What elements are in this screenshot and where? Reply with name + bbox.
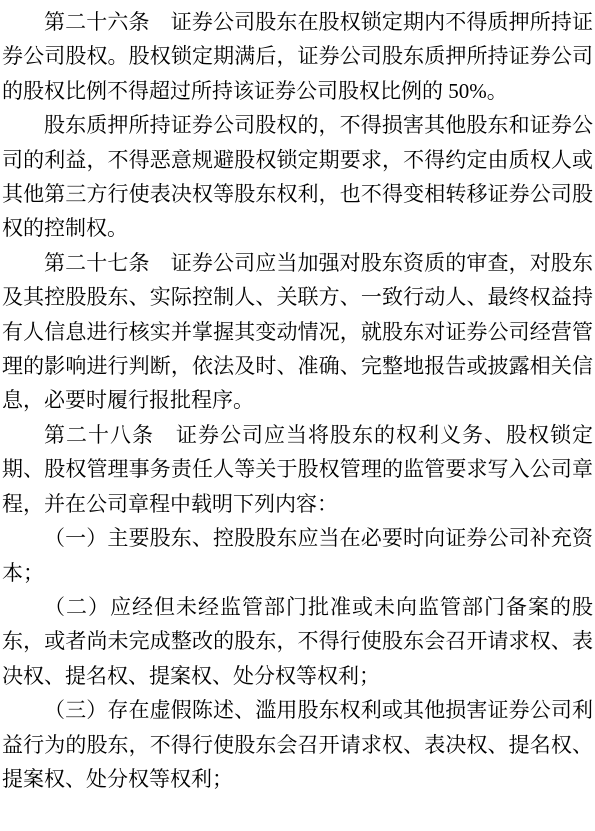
article-26-paragraph-2: 股东质押所持证券公司股权的，不得损害其他股东和证券公司的利益，不得恶意规避股权锁…: [2, 108, 593, 246]
article-28-paragraph: 第二十八条 证券公司应当将股东的权利义务、股权锁定期、股权管理事务责任人等关于股…: [2, 418, 593, 521]
article-26-paragraph-1: 第二十六条 证券公司股东在股权锁定期内不得质押所持证券公司股权。股权锁定期满后，…: [2, 5, 593, 108]
document-page: 第二十六条 证券公司股东在股权锁定期内不得质押所持证券公司股权。股权锁定期满后，…: [0, 0, 595, 831]
article-27-paragraph: 第二十七条 证券公司应当加强对股东资质的审查，对股东及其控股股东、实际控制人、关…: [2, 246, 593, 418]
article-28-item-2: （二）应经但未经监管部门批准或未向监管部门备案的股东，或者尚未完成整改的股东，不…: [2, 590, 593, 693]
article-28-item-3: （三）存在虚假陈述、滥用股东权利或其他损害证券公司利益行为的股东，不得行使股东会…: [2, 693, 593, 796]
article-28-item-1: （一）主要股东、控股股东应当在必要时向证券公司补充资本；: [2, 521, 593, 590]
